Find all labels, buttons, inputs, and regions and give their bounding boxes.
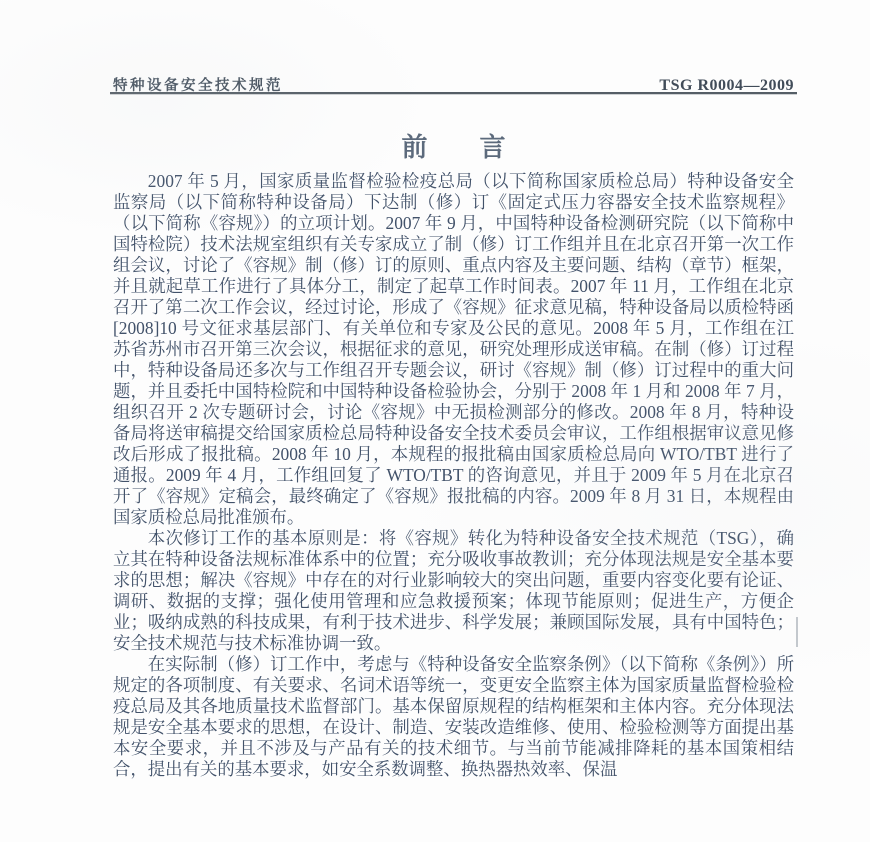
paragraph-implementation-notes: 在实际制（修）订工作中，考虑与《特种设备安全监察条例》（以下简称《条例》）所规定… xyxy=(113,654,794,780)
scanned-document-page: 特种设备安全技术规范 TSG R0004—2009 前 言 2007 年 5 月… xyxy=(0,0,870,842)
header-rule xyxy=(110,92,797,94)
paragraph-drafting-history: 2007 年 5 月，国家质量监督检验检疫总局（以下简称国家质检总局）特种设备安… xyxy=(113,171,794,528)
page-title: 前 言 xyxy=(113,127,794,164)
paragraph-revision-principles: 本次修订工作的基本原则是：将《容规》转化为特种设备安全技术规范（TSG），确立其… xyxy=(113,528,794,654)
document-body: 2007 年 5 月，国家质量监督检验检疫总局（以下简称国家质检总局）特种设备安… xyxy=(113,171,794,780)
scan-artifact-mark xyxy=(796,617,798,647)
